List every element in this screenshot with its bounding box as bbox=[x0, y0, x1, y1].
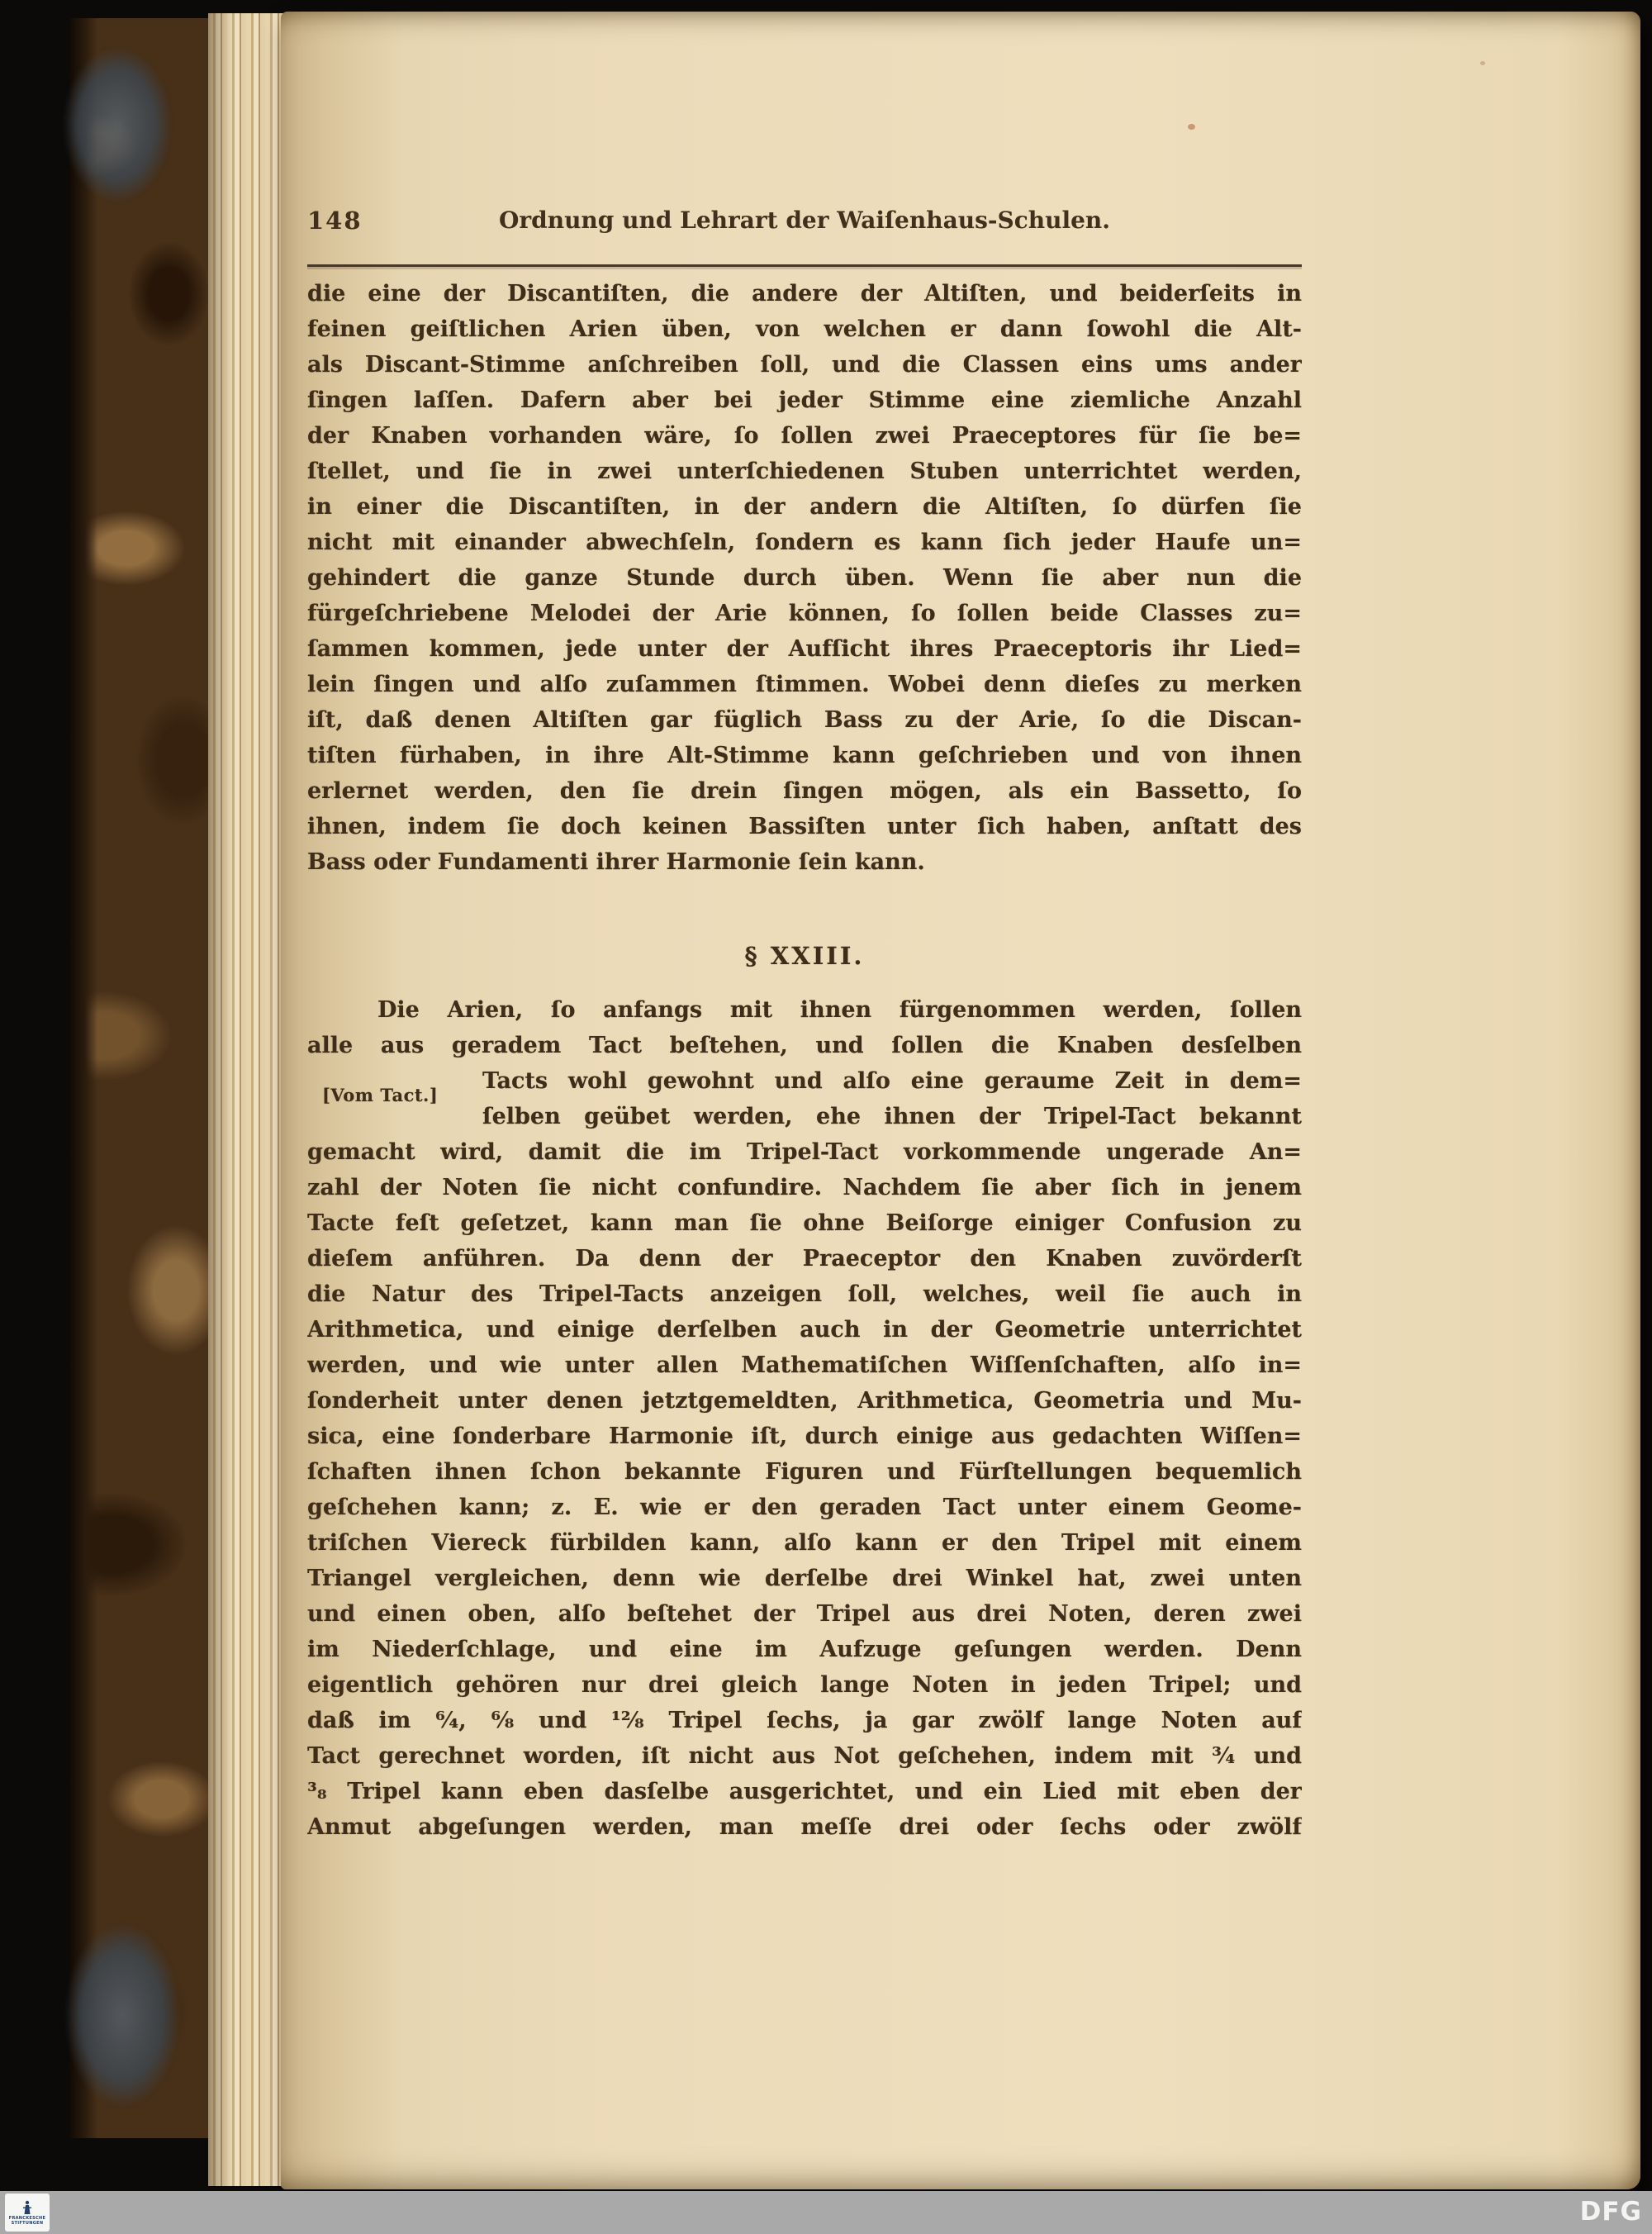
text-line: tiſten fürhaben, in ihre Alt-Stimme kann… bbox=[307, 738, 1302, 773]
text-line: ³₈ Tripel kann eben dasſelbe ausgerichte… bbox=[307, 1774, 1302, 1809]
francke-logo-text: FRANCKESCHE STIFTUNGEN bbox=[9, 2216, 45, 2226]
text-line: als Discant-Stimme anſchreiben ſoll, und… bbox=[307, 347, 1302, 383]
text-line: ſelben geübet werden, ehe ihnen der Trip… bbox=[307, 1099, 1302, 1134]
text-line: werden, und wie unter allen Mathematiſch… bbox=[307, 1348, 1302, 1383]
paragraph-1-last-line: Bass oder Fundamenti ihrer Harmonie ſein… bbox=[307, 844, 1302, 880]
running-title: Ordnung und Lehrart der Waiſenhaus-Schul… bbox=[307, 207, 1302, 234]
paragraph-2-note-block: [Vom Tact.] Tacts wohl gewohnt und alſo … bbox=[307, 1063, 1302, 1134]
page-number: 148 bbox=[307, 207, 363, 235]
paragraph-2-rest: gemacht wird, damit die im Tripel-Tact v… bbox=[307, 1134, 1302, 1845]
text-line: gehindert die ganze Stunde durch üben. W… bbox=[307, 560, 1302, 596]
text-line: ſchaften ihnen ſchon bekannte Figuren un… bbox=[307, 1454, 1302, 1490]
page-stain bbox=[1480, 61, 1485, 65]
text-line: triſchen Viereck fürbilden kann, alſo ka… bbox=[307, 1525, 1302, 1561]
francke-emblem-icon bbox=[21, 2200, 33, 2215]
text-line: ſtellet, und ſie in zwei unterſchiedenen… bbox=[307, 454, 1302, 489]
paragraph-1: die eine der Discantiſten, die andere de… bbox=[307, 276, 1302, 844]
viewer-bottom-bar: FRANCKESCHE STIFTUNGEN DFG bbox=[0, 2191, 1652, 2234]
text-line: alle aus geradem Tact beſtehen, und ſoll… bbox=[307, 1028, 1302, 1063]
text-line: sica, eine ſonderbare Harmonie iſt, durc… bbox=[307, 1419, 1302, 1454]
book-cover-marbled bbox=[69, 18, 211, 2138]
text-line: ihnen, indem ſie doch keinen Bassiſten u… bbox=[307, 809, 1302, 844]
text-line: feinen geiſtlichen Arien üben, von welch… bbox=[307, 311, 1302, 347]
text-line: gemacht wird, damit die im Tripel-Tact v… bbox=[307, 1134, 1302, 1170]
text-line: geſchehen kann; z. E. wie er den geraden… bbox=[307, 1490, 1302, 1525]
page-stain bbox=[1188, 124, 1195, 130]
text-line: ſingen laſſen. Dafern aber bei jeder Sti… bbox=[307, 383, 1302, 418]
text-line: Tacts wohl gewohnt und alſo eine geraume… bbox=[307, 1063, 1302, 1099]
dfg-logo: DFG bbox=[1580, 2197, 1642, 2227]
text-line: der Knaben vorhanden wäre, ſo ſollen zwe… bbox=[307, 418, 1302, 454]
text-line: daß im ⁶⁄₄, ⁶⁄₈ und ¹²⁄₈ Tripel ſechs, j… bbox=[307, 1703, 1302, 1738]
text-line: Arithmetica, und einige derſelben auch i… bbox=[307, 1312, 1302, 1348]
margin-note: [Vom Tact.] bbox=[322, 1085, 438, 1105]
text-line: Anmut abgeſungen werden, man meſſe drei … bbox=[307, 1809, 1302, 1845]
text-line: und einen oben, alſo beſtehet der Tripel… bbox=[307, 1596, 1302, 1632]
cover-cloth-corner-top bbox=[63, 46, 172, 203]
text-line: die eine der Discantiſten, die andere de… bbox=[307, 276, 1302, 311]
text-line: iſt, daß denen Altiſten gar füglich Bass… bbox=[307, 702, 1302, 738]
text-line: Tact gerechnet worden, iſt nicht aus Not… bbox=[307, 1738, 1302, 1774]
text-line: fürgeſchriebene Melodei der Arie können,… bbox=[307, 596, 1302, 631]
text-line: Tacte feſt geſetzet, kann man ſie ohne B… bbox=[307, 1205, 1302, 1241]
text-line: Triangel vergleichen, denn wie derſelbe … bbox=[307, 1561, 1302, 1596]
paragraph-2-indented: Tacts wohl gewohnt und alſo eine geraume… bbox=[307, 1063, 1302, 1134]
text-line: die Natur des Tripel-Tacts anzeigen ſoll… bbox=[307, 1276, 1302, 1312]
text-line: dieſem anführen. Da denn der Praeceptor … bbox=[307, 1241, 1302, 1276]
francke-logo-line2: STIFTUNGEN bbox=[12, 2221, 44, 2226]
page-edges bbox=[208, 13, 284, 2186]
book-scan: 148 Ordnung und Lehrart der Waiſenhaus-S… bbox=[0, 0, 1652, 2234]
text-column: die eine der Discantiſten, die andere de… bbox=[307, 276, 1302, 1845]
section-heading: § XXIII. bbox=[307, 939, 1302, 974]
text-line: erlernet werden, den ſie drein ſingen mö… bbox=[307, 773, 1302, 809]
text-line: in einer die Discantiſten, in der andern… bbox=[307, 489, 1302, 525]
cover-cloth-corner-bottom bbox=[64, 1923, 180, 2108]
text-line: lein ſingen und alſo zuſammen ſtimmen. W… bbox=[307, 667, 1302, 702]
text-line: ſammen kommen, jede unter der Aufſicht i… bbox=[307, 631, 1302, 667]
page-header: 148 Ordnung und Lehrart der Waiſenhaus-S… bbox=[307, 207, 1302, 245]
text-line: Die Arien, ſo anfangs mit ihnen fürgenom… bbox=[307, 992, 1302, 1028]
text-line: im Niederſchlage, und eine im Aufzuge ge… bbox=[307, 1632, 1302, 1667]
text-line: eigentlich gehören nur drei gleich lange… bbox=[307, 1667, 1302, 1703]
francke-stiftungen-logo: FRANCKESCHE STIFTUNGEN bbox=[5, 2194, 50, 2232]
text-line: nicht mit einander abwechſeln, ſondern e… bbox=[307, 525, 1302, 560]
paragraph-2-opening: Die Arien, ſo anfangs mit ihnen fürgenom… bbox=[307, 992, 1302, 1063]
text-line: zahl der Noten ſie nicht confundire. Nac… bbox=[307, 1170, 1302, 1205]
text-line: ſonderheit unter denen jetztgemeldten, A… bbox=[307, 1383, 1302, 1419]
header-rule bbox=[307, 264, 1302, 267]
